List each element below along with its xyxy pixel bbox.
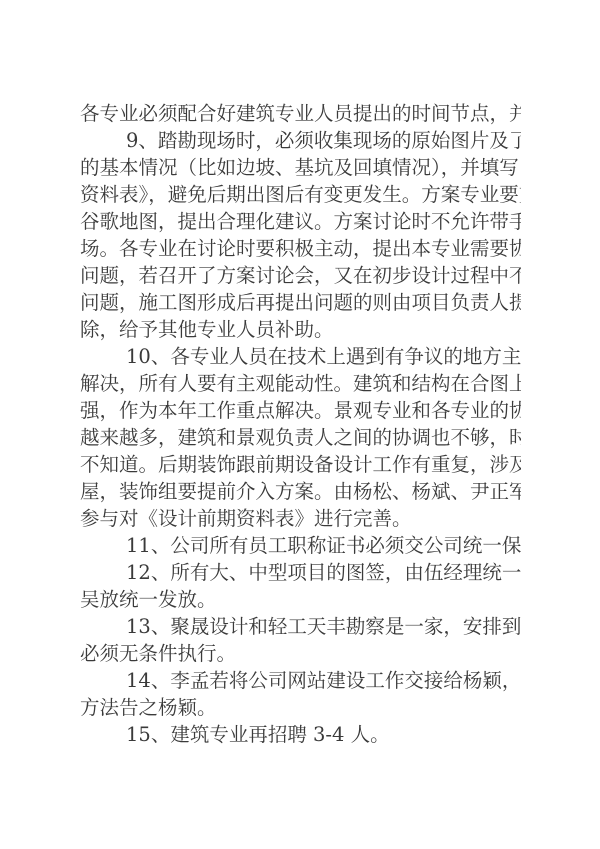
text-line: 屋，装饰组要提前介入方案。由杨松、杨斌、尹正军、陈器共同	[80, 478, 521, 505]
text-line: 参与对《设计前期资料表》进行完善。	[80, 505, 521, 532]
text-line: 资料表》，避免后期出图后有变更发生。方案专业要充分利用好	[80, 181, 521, 208]
text-line: 必须无条件执行。	[80, 640, 521, 667]
document-page: 各专业必须配合好建筑专业人员提出的时间节点，并积极完成。 9、踏勘现场时，必须收…	[0, 0, 600, 849]
text-line: 各专业必须配合好建筑专业人员提出的时间节点，并积极完成。	[80, 100, 521, 127]
text-line: 问题，施工图形成后再提出问题的则由项目负责人提出费用扣	[80, 289, 521, 316]
item-12-first-line: 12、所有大、中型项目的图签，由伍经理统一调配人员，由	[80, 559, 521, 586]
text-line: 不知道。后期装饰跟前期设备设计工作有重复，涉及精装修的房	[80, 451, 521, 478]
text-line: 解决，所有人要有主观能动性。建筑和结构在合图上的细节要加	[80, 370, 521, 397]
text-line: 越来越多，建筑和景观负责人之间的协调也不够，时间节点相互	[80, 424, 521, 451]
text-line: 吴放统一发放。	[80, 586, 521, 613]
item-11-line: 11、公司所有员工职称证书必须交公司统一保管。	[80, 532, 521, 559]
document-body: 各专业必须配合好建筑专业人员提出的时间节点，并积极完成。 9、踏勘现场时，必须收…	[80, 100, 521, 748]
text-line: 强，作为本年工作重点解决。景观专业和各专业的协调配合问题	[80, 397, 521, 424]
text-line: 的基本情况（比如边坡、基坑及回填情况），并填写《设计前期	[80, 154, 521, 181]
text-line: 谷歌地图，提出合理化建议。方案讨论时不允许带手机到讨论现	[80, 208, 521, 235]
text-line: 除，给予其他专业人员补助。	[80, 316, 521, 343]
text-line: 方法告之杨颖。	[80, 694, 521, 721]
item-13-first-line: 13、聚晟设计和轻工天丰勘察是一家，安排到的工作所有人	[80, 613, 521, 640]
text-line: 问题，若召开了方案讨论会，又在初步设计过程中不提出本专业	[80, 262, 521, 289]
item-15-line: 15、建筑专业再招聘 3-4 人。	[80, 721, 521, 748]
item-9-first-line: 9、踏勘现场时，必须收集现场的原始图片及了解清楚现场	[80, 127, 521, 154]
item-10-first-line: 10、各专业人员在技术上遇到有争议的地方主动提出，及时	[80, 343, 521, 370]
item-14-first-line: 14、李孟若将公司网站建设工作交接给杨颖，并将所有管理	[80, 667, 521, 694]
text-line: 场。各专业在讨论时要积极主动，提出本专业需要协调和解决的	[80, 235, 521, 262]
